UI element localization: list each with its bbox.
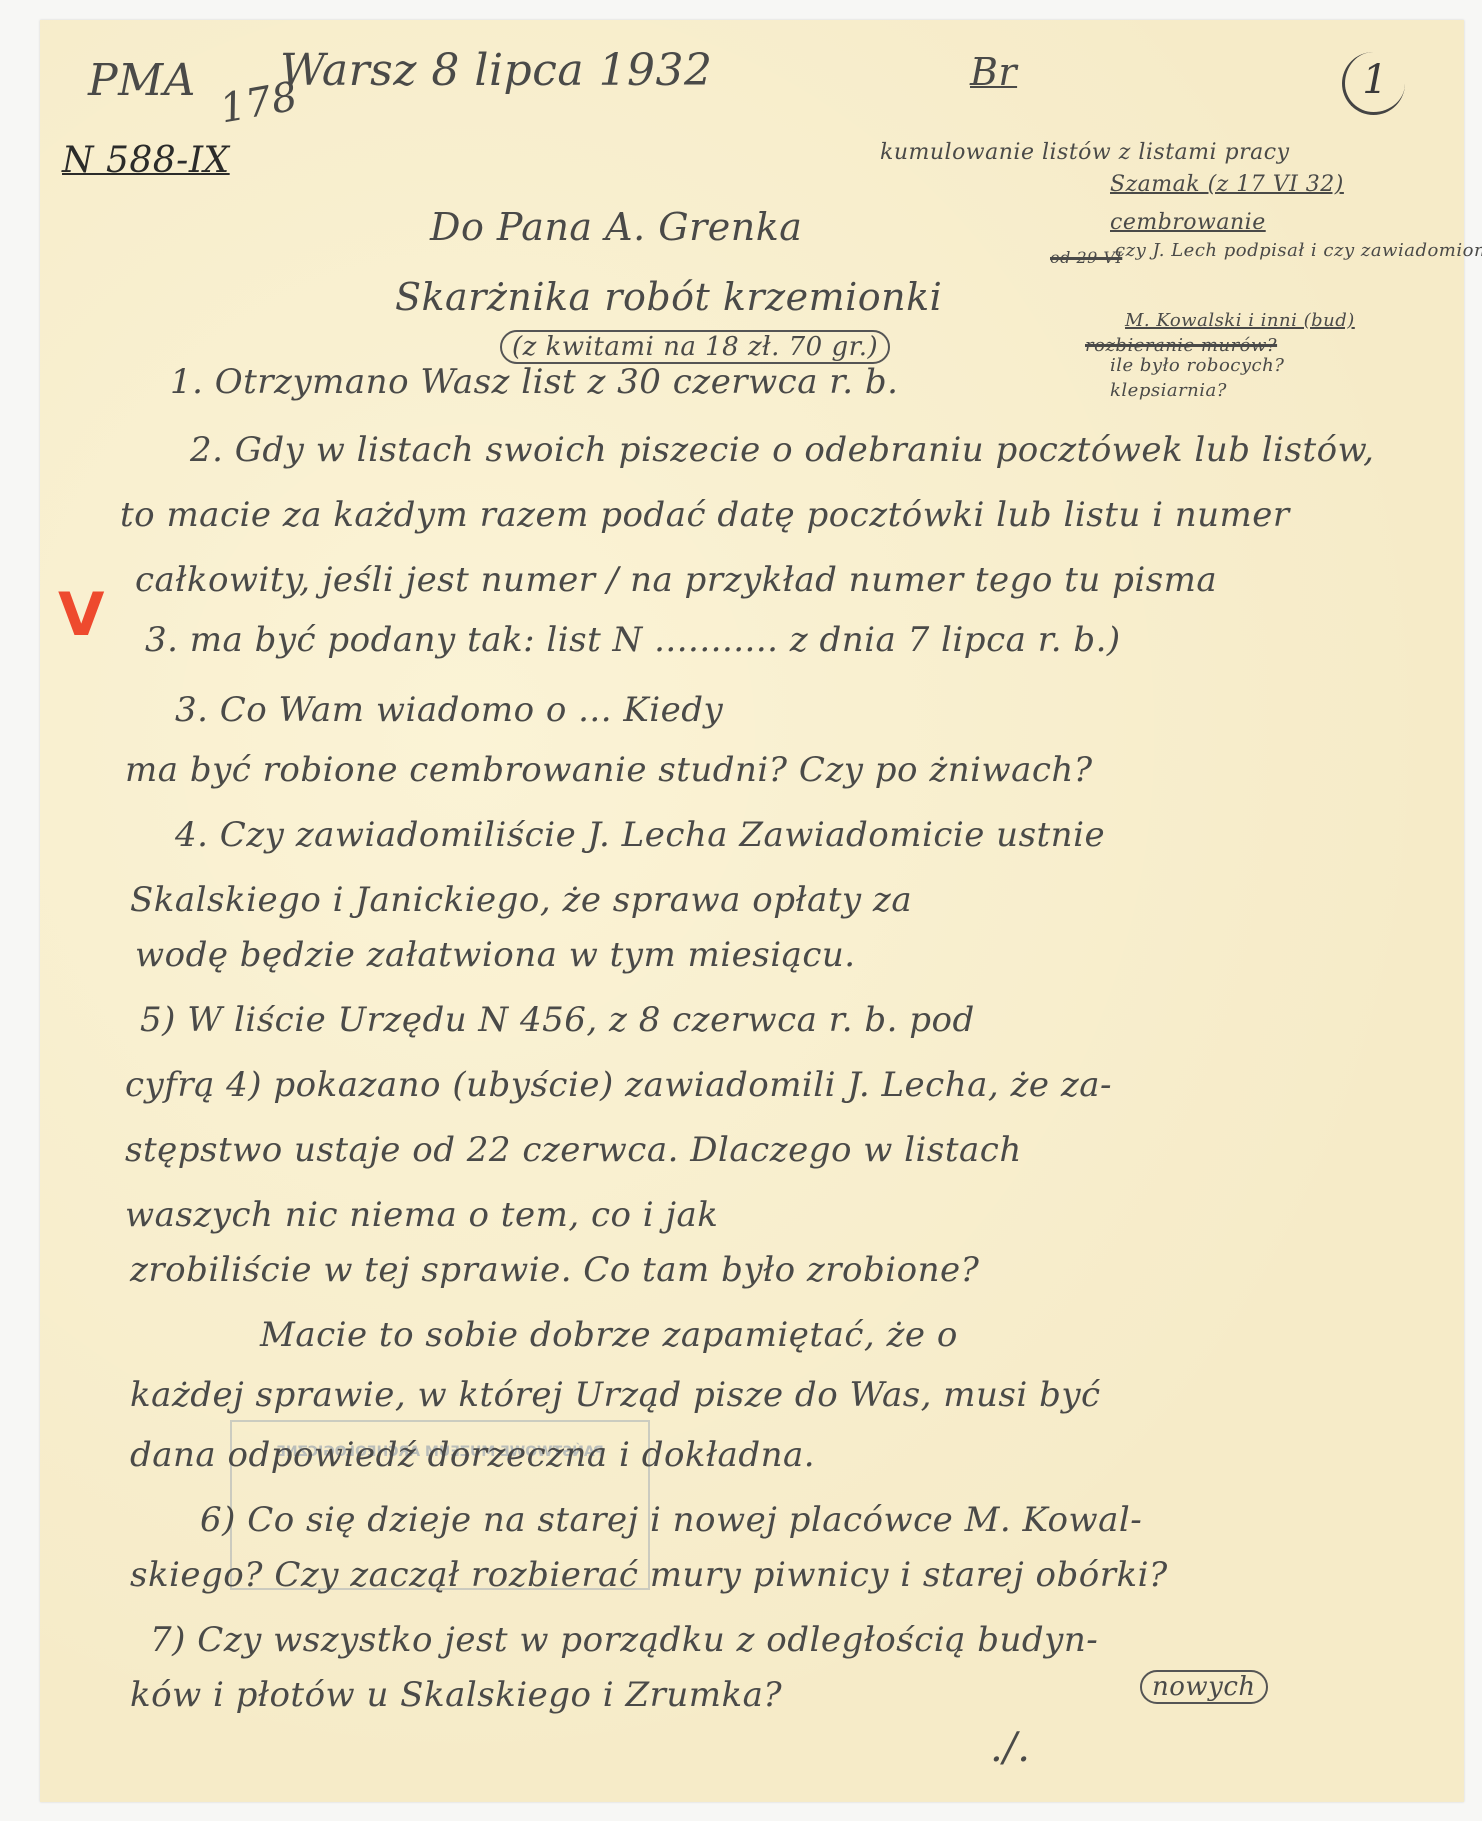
- letter-line: zrobiliście w tej sprawie. Co tam było z…: [130, 1250, 979, 1290]
- side-note: czy J. Lech podpisał i czy zawiadomiony?: [1115, 240, 1482, 261]
- letter-line: ma być robione cembrowanie studni? Czy p…: [125, 750, 1093, 790]
- letter-line: waszych nic niema o tem, co i jak: [125, 1195, 718, 1235]
- archive-mark: PMA: [88, 55, 196, 106]
- letter-line: 5) W liście Urzędu N 456, z 8 czerwca r.…: [140, 1000, 975, 1040]
- letter-line: skiego? Czy zaczął rozbierać mury piwnic…: [130, 1555, 1168, 1595]
- letter-line: dana odpowiedź dorzeczna i dokładna.: [130, 1435, 815, 1475]
- letter-line: stępstwo ustaje od 22 czerwca. Dlaczego …: [125, 1130, 1022, 1170]
- place-date: Warsz 8 lipca 1932: [280, 45, 713, 96]
- circled-insert: nowych: [1140, 1670, 1268, 1704]
- letter-line: 3. ma być podany tak: list N ...........…: [145, 620, 1121, 660]
- letter-line: całkowity, jeśli jest numer / na przykła…: [135, 560, 1217, 600]
- letter-line: 1. Otrzymano Wasz list z 30 czerwca r. b…: [170, 362, 899, 402]
- side-note: ile było robocych?: [1110, 355, 1284, 376]
- letter-line: 4. Czy zawiadomiliście J. Lecha Zawiadom…: [175, 815, 1105, 855]
- side-note: M. Kowalski i inni (bud): [1125, 310, 1355, 331]
- letter-line: każdej sprawie, w której Urząd pisze do …: [130, 1375, 1101, 1415]
- side-note: Szamak (z 17 VI 32): [1110, 172, 1344, 197]
- closing-mark: ./.: [990, 1725, 1030, 1771]
- side-note: klepsiarnia?: [1110, 380, 1227, 401]
- subject-note: (z kwitami na 18 zł. 70 gr.): [500, 330, 890, 364]
- letter-line: ków i płotów u Skalskiego i Zrumka?: [130, 1675, 782, 1715]
- letter-line: 6) Co się dzieje na starej i nowej placó…: [200, 1500, 1142, 1540]
- side-note: rozbieranie murów?: [1085, 335, 1277, 356]
- letter-line: to macie za każdym razem podać datę pocz…: [120, 495, 1290, 535]
- subject: Skarżnika robót krzemionki: [395, 275, 942, 319]
- letter-line: cyfrą 4) pokazano (ubyście) zawiadomili …: [125, 1065, 1112, 1105]
- side-note: cembrowanie: [1110, 210, 1266, 235]
- letter-line: 7) Czy wszystko jest w porządku z odległ…: [150, 1620, 1098, 1660]
- letter-line: Skalskiego i Janickiego, że sprawa opłat…: [130, 880, 912, 920]
- reference-number: N 588-IX: [62, 140, 230, 181]
- letter-line: Macie to sobie dobrze zapamiętać, że o: [260, 1315, 958, 1355]
- page-number: 1: [1342, 52, 1405, 115]
- initials: Br: [970, 50, 1017, 94]
- side-note: kumulowanie listów z listami pracy: [880, 140, 1290, 165]
- letter-line: wodę będzie załatwiona w tym miesiącu.: [135, 935, 856, 975]
- letter-line: 2. Gdy w listach swoich piszecie o odebr…: [190, 430, 1374, 470]
- addressee: Do Pana A. Grenka: [430, 205, 802, 249]
- side-note: od 29 VI: [1050, 248, 1122, 267]
- red-check-mark: V: [58, 580, 104, 650]
- letter-line: 3. Co Wam wiadomo o ... Kiedy: [175, 690, 723, 730]
